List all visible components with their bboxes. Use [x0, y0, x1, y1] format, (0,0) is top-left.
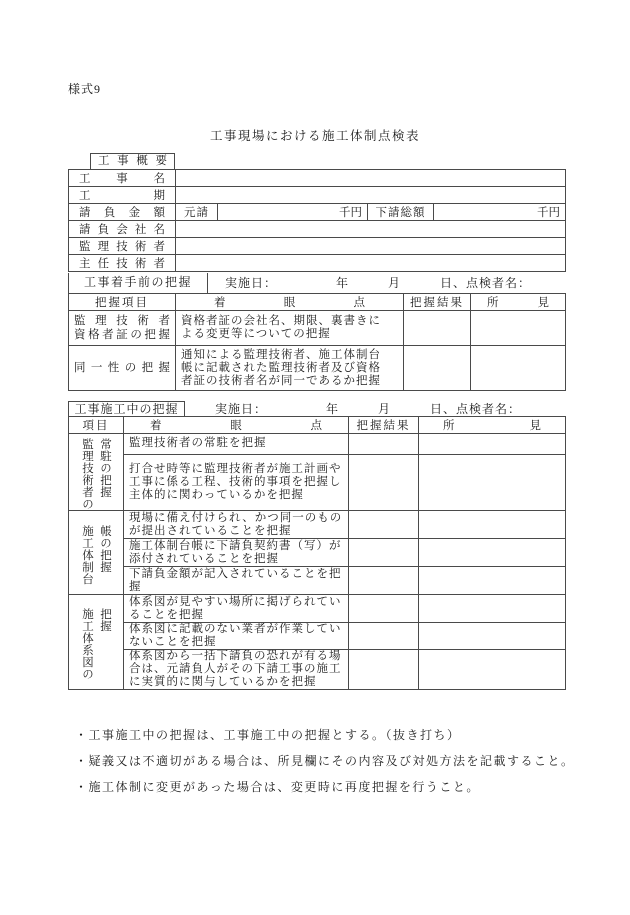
group-label-cell: 施工体系図の 把握	[69, 595, 124, 690]
pre-construction-date-line: 実施日： 年 月 日、点検者名：	[208, 274, 531, 293]
table-header-row: 項目 着 眼 点 把握結果 所 見	[69, 417, 566, 434]
table-row: 施工体制台帳に下請負契約書（写）が 添付されていることを把握	[69, 539, 566, 567]
grasp-result-cell	[349, 539, 419, 567]
table-row: 請 負 会 社 名	[69, 221, 566, 238]
col-header-grasp-result: 把握結果	[404, 294, 471, 311]
note-item: ・疑義又は不適切がある場合は、所見欄にその内容及び対処方法を記載すること。	[75, 748, 575, 774]
project-name-label: 工 事 名	[69, 170, 176, 187]
grasp-result-cell	[349, 650, 419, 690]
col-header-focus-point: 着 眼 点	[124, 417, 349, 434]
table-row: 請 負 金 額 元請 千円 下請総額 千円	[69, 204, 566, 221]
group-label-cell: 監理技術者の 常駐の把握	[69, 434, 124, 511]
remarks-cell	[419, 595, 566, 623]
group-label-vertical-text: 施工体制台 帳の把握	[78, 525, 114, 585]
grasp-item-cell: 監 理 技 術 者 資格者証の把握	[69, 311, 176, 346]
remarks-cell	[471, 346, 566, 391]
remarks-cell	[419, 623, 566, 650]
focus-point-cell: 監理技術者の常駐を把握	[124, 434, 349, 455]
grasp-result-cell	[349, 567, 419, 595]
overview-table: 工 事 名 工 期 請 負 金 額 元請 千円 下請総額 千円 請 負 会 社 …	[68, 169, 566, 272]
supervising-engineer-value-cell	[176, 238, 566, 255]
col-header-grasp-item: 把握項目	[69, 294, 176, 311]
grasp-result-cell	[349, 434, 419, 455]
table-row: 体系図に記載のない業者が作業してい ないことを把握	[69, 623, 566, 650]
focus-point-cell: 現場に備え付けられ、かつ同一のもの が提出されていることを把握	[124, 511, 349, 539]
table-row: 下請負金額が記入されていることを把 握	[69, 567, 566, 595]
supervising-engineer-label: 監 理 技 術 者	[69, 238, 176, 255]
pre-construction-section-label: 工事着手前の把握	[68, 273, 208, 293]
remarks-cell	[419, 511, 566, 539]
group-label-cell: 施工体制台 帳の把握	[69, 511, 124, 595]
chief-engineer-label: 主 任 技 術 者	[69, 255, 176, 272]
remarks-cell	[471, 311, 566, 346]
contract-amount-label: 請 負 金 額	[69, 204, 176, 221]
table-row: 施工体系図の 把握 体系図が見やすい場所に掲げられてい ることを把握	[69, 595, 566, 623]
overview-section: 工 事 概 要 工 事 名 工 期 請 負 金 額 元請 千円 下請総額 千円	[68, 153, 565, 272]
remarks-cell	[419, 567, 566, 595]
during-construction-section-label: 工事施工中の把握	[68, 401, 185, 416]
grasp-result-cell	[349, 623, 419, 650]
table-row: 工 事 名	[69, 170, 566, 187]
table-row: 打合せ時等に監理技術者が施工計画や 工事に係る工程、技術的事項を把握し 主体的に…	[69, 454, 566, 510]
col-header-focus-point: 着 眼 点	[176, 294, 404, 311]
remarks-cell	[419, 434, 566, 455]
focus-point-cell: 体系図が見やすい場所に掲げられてい ることを把握	[124, 595, 349, 623]
subcontract-total-label: 下請総額	[368, 204, 434, 221]
form-number: 様式9	[68, 80, 101, 97]
group-label-vertical-text: 施工体系図の 把握	[78, 608, 114, 680]
focus-point-cell: 通知による監理技術者、施工体制台 帳に記載された監理技術者及び資格 者証の技術者…	[176, 346, 404, 391]
focus-point-cell: 打合せ時等に監理技術者が施工計画や 工事に係る工程、技術的事項を把握し 主体的に…	[124, 454, 349, 510]
remarks-cell	[419, 454, 566, 510]
table-row: 監 理 技 術 者	[69, 238, 566, 255]
table-row: 監 理 技 術 者 資格者証の把握 資格者証の会社名、期限、裏書きに よる変更等…	[69, 311, 566, 346]
subcontract-amount-cell: 千円	[434, 204, 566, 221]
focus-point-cell: 資格者証の会社名、期限、裏書きに よる変更等についての把握	[176, 311, 404, 346]
focus-point-cell: 体系図に記載のない業者が作業してい ないことを把握	[124, 623, 349, 650]
table-row: 施工体制台 帳の把握 現場に備え付けられ、かつ同一のもの が提出されていることを…	[69, 511, 566, 539]
grasp-result-cell	[404, 346, 471, 391]
remarks-cell	[419, 539, 566, 567]
col-header-remarks: 所 見	[419, 417, 566, 434]
prime-amount-cell: 千円	[218, 204, 368, 221]
focus-point-cell: 施工体制台帳に下請負契約書（写）が 添付されていることを把握	[124, 539, 349, 567]
pre-construction-section-header: 工事着手前の把握 実施日： 年 月 日、点検者名：	[68, 273, 531, 293]
project-period-label: 工 期	[69, 187, 176, 204]
table-row: 主 任 技 術 者	[69, 255, 566, 272]
footer-notes: ・工事施工中の把握は、工事施工中の把握とする。（抜き打ち） ・疑義又は不適切があ…	[75, 722, 575, 800]
during-construction-table: 項目 着 眼 点 把握結果 所 見 監理技術者の 常駐の把握 監理技術者の常駐を…	[68, 416, 566, 690]
during-construction-section-header: 工事施工中の把握 実施日： 年 月 日、点検者名：	[68, 401, 521, 416]
pre-construction-table: 把握項目 着 眼 点 把握結果 所 見 監 理 技 術 者 資格者証の把握 資格…	[68, 293, 566, 391]
contractor-name-label: 請 負 会 社 名	[69, 221, 176, 238]
table-row: 工 期	[69, 187, 566, 204]
project-period-value-cell	[176, 187, 566, 204]
focus-point-cell: 体系図から一括下請負の恐れが有る場 合は、元請負人がその下請工事の施工 に実質的…	[124, 650, 349, 690]
grasp-item-cell: 同 一 性 の 把 握	[69, 346, 176, 391]
table-header-row: 把握項目 着 眼 点 把握結果 所 見	[69, 294, 566, 311]
page-title: 工事現場における施工体制点検表	[0, 126, 630, 144]
note-item: ・工事施工中の把握は、工事施工中の把握とする。（抜き打ち）	[75, 722, 575, 748]
overview-header-box: 工 事 概 要	[90, 153, 175, 169]
contractor-name-value-cell	[176, 221, 566, 238]
table-row: 体系図から一括下請負の恐れが有る場 合は、元請負人がその下請工事の施工 に実質的…	[69, 650, 566, 690]
remarks-cell	[419, 650, 566, 690]
document-page: 様式9 工事現場における施工体制点検表 工 事 概 要 工 事 名 工 期 請 …	[0, 0, 630, 915]
grasp-result-cell	[349, 511, 419, 539]
grasp-result-cell	[349, 454, 419, 510]
note-item: ・施工体制に変更があった場合は、変更時に再度把握を行うこと。	[75, 774, 575, 800]
group-label-vertical-text: 監理技術者の 常駐の把握	[78, 438, 114, 510]
project-name-value-cell	[176, 170, 566, 187]
table-row: 監理技術者の 常駐の把握 監理技術者の常駐を把握	[69, 434, 566, 455]
col-header-item: 項目	[69, 417, 124, 434]
col-header-grasp-result: 把握結果	[349, 417, 419, 434]
chief-engineer-value-cell	[176, 255, 566, 272]
grasp-result-cell	[349, 595, 419, 623]
focus-point-cell: 下請負金額が記入されていることを把 握	[124, 567, 349, 595]
grasp-result-cell	[404, 311, 471, 346]
prime-contract-label: 元請	[176, 204, 218, 221]
table-row: 同 一 性 の 把 握 通知による監理技術者、施工体制台 帳に記載された監理技術…	[69, 346, 566, 391]
col-header-remarks: 所 見	[471, 294, 566, 311]
during-construction-date-line: 実施日： 年 月 日、点検者名：	[185, 402, 521, 416]
